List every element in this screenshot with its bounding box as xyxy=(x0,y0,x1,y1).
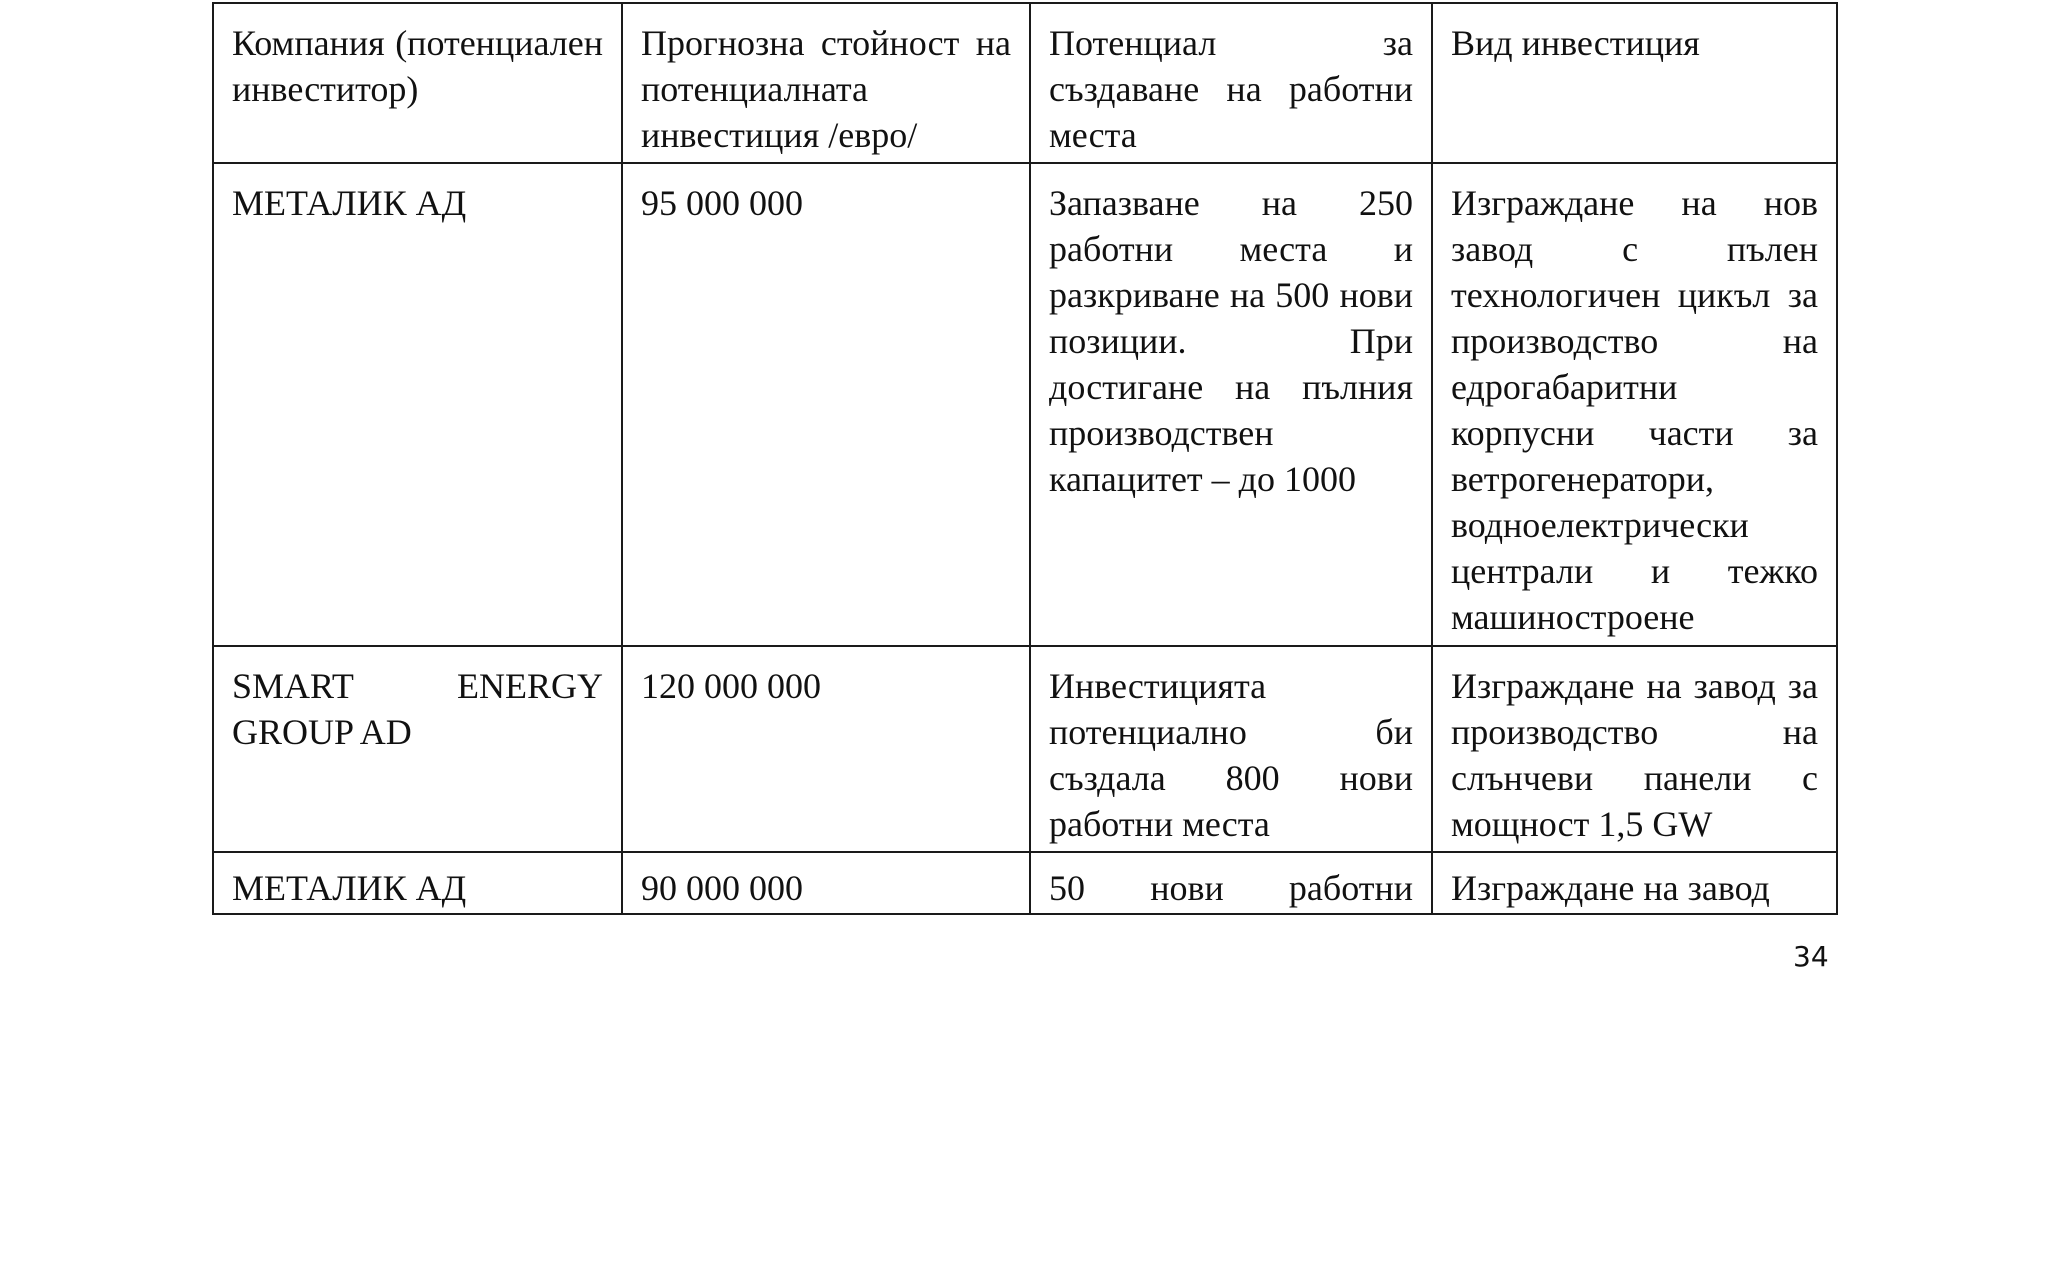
cell-jobs: Инвестицията потенциално би създала 800 … xyxy=(1030,646,1432,852)
investment-table: Компания (потенциален инвеститор) Прогно… xyxy=(212,2,1838,915)
word: нови xyxy=(1150,865,1224,911)
header-company: Компания (потенциален инвеститор) xyxy=(213,3,622,163)
cell-type: Изграждане на завод xyxy=(1432,852,1837,914)
cell-value: 120 000 000 xyxy=(622,646,1030,852)
word: работни xyxy=(1289,865,1413,911)
table-row: SMART ENERGY GROUP AD 120 000 000 Инвест… xyxy=(213,646,1837,852)
cell-company: МЕТАЛИК АД xyxy=(213,163,622,646)
cell-company: МЕТАЛИК АД xyxy=(213,852,622,914)
table-row: МЕТАЛИК АД 90 000 000 50новиработни Изгр… xyxy=(213,852,1837,914)
header-jobs: Потенциал за създаване на работни места xyxy=(1030,3,1432,163)
page-number: 34 xyxy=(1793,940,1829,973)
cell-jobs-text: 50новиработни xyxy=(1049,865,1413,911)
cell-jobs: Запазване на 250 работни места и разкрив… xyxy=(1030,163,1432,646)
cell-jobs: 50новиработни xyxy=(1030,852,1432,914)
table-row: МЕТАЛИК АД 95 000 000 Запазване на 250 р… xyxy=(213,163,1837,646)
word: 50 xyxy=(1049,865,1085,911)
cell-company: SMART ENERGY GROUP AD xyxy=(213,646,622,852)
cell-type: Изграждане на нов завод с пълен технолог… xyxy=(1432,163,1837,646)
table-header-row: Компания (потенциален инвеститор) Прогно… xyxy=(213,3,1837,163)
cell-type: Изграждане на завод за производство на с… xyxy=(1432,646,1837,852)
header-value: Прогнозна стойност на потенциалната инве… xyxy=(622,3,1030,163)
cell-value: 95 000 000 xyxy=(622,163,1030,646)
cell-value: 90 000 000 xyxy=(622,852,1030,914)
document-page: Компания (потенциален инвеститор) Прогно… xyxy=(0,0,2048,1264)
header-type: Вид инвестиция xyxy=(1432,3,1837,163)
